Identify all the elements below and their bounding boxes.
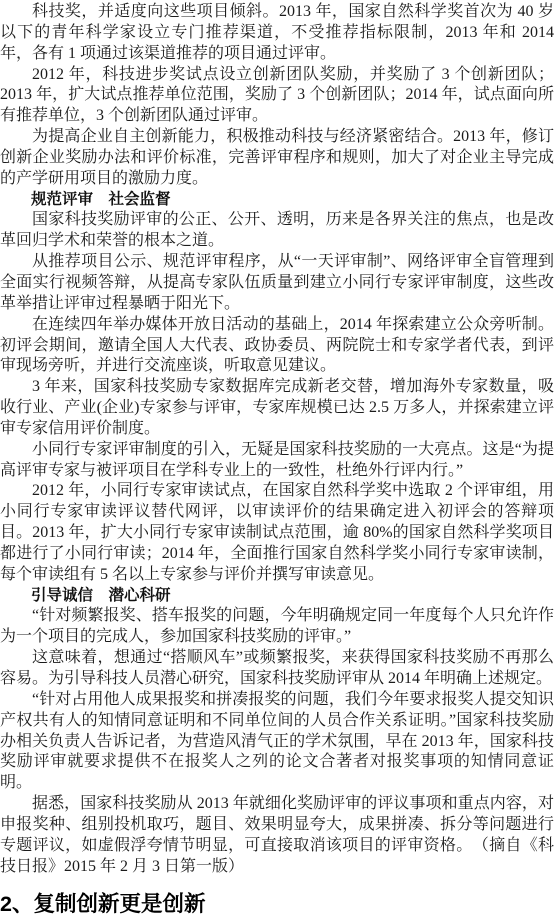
subsection-heading: 引导诚信 潜心科研 bbox=[0, 586, 554, 607]
paragraph: 3 年来，国家科技奖励专家数据库完成新老交替，增加海外专家数量，吸收行业、产业(… bbox=[0, 377, 554, 440]
document-page: 科技奖，并适度向这些项目倾斜。2013 年，国家自然科学奖首次为 40 岁以下的… bbox=[0, 0, 554, 918]
paragraph: “针对占用他人成果报奖和拼凑报奖的问题，我们今年要求报奖人提交知识产权共有人的知… bbox=[0, 690, 554, 794]
paragraph: 为提高企业自主创新能力，积极推动科技与经济紧密结合。2013 年，修订创新企业奖… bbox=[0, 127, 554, 190]
paragraph: 从推荐项目公示、规范评审程序，从“一天评审制”、网络评审全盲管理到全面实行视频答… bbox=[0, 252, 554, 315]
section-heading: 2、复制创新更是创新 bbox=[0, 891, 554, 917]
paragraph: 2012 年，科技进步奖试点设立创新团队奖励，并奖励了 3 个创新团队；2013… bbox=[0, 65, 554, 128]
paragraph: 据悉，国家科技奖励从 2013 年就细化奖励评审的评议事项和重点内容，对申报奖种… bbox=[0, 794, 554, 877]
subsection-heading: 规范评审 社会监督 bbox=[0, 190, 554, 211]
paragraph: 国家科技奖励评审的公正、公开、透明，历来是各界关注的焦点，也是改革回归学术和荣誉… bbox=[0, 210, 554, 252]
paragraph: “针对频繁报奖、搭车报奖的问题，今年明确规定同一年度每个人只允许作为一个项目的完… bbox=[0, 606, 554, 648]
paragraph: 这意味着，想通过“搭顺风车”或频繁报奖，来获得国家科技奖励不再那么容易。为引导科… bbox=[0, 648, 554, 690]
paragraph: 小同行专家评审制度的引入，无疑是国家科技奖励的一大亮点。这是“为提高评审专家与被… bbox=[0, 440, 554, 482]
paragraph: 在连续四年举办媒体开放日活动的基础上，2014 年探索建立公众旁听制。初评会期间… bbox=[0, 315, 554, 378]
paragraph: 科技奖，并适度向这些项目倾斜。2013 年，国家自然科学奖首次为 40 岁以下的… bbox=[0, 2, 554, 65]
paragraph: 2012 年，小同行专家审读试点，在国家自然科学奖中选取 2 个评审组，用小同行… bbox=[0, 481, 554, 585]
